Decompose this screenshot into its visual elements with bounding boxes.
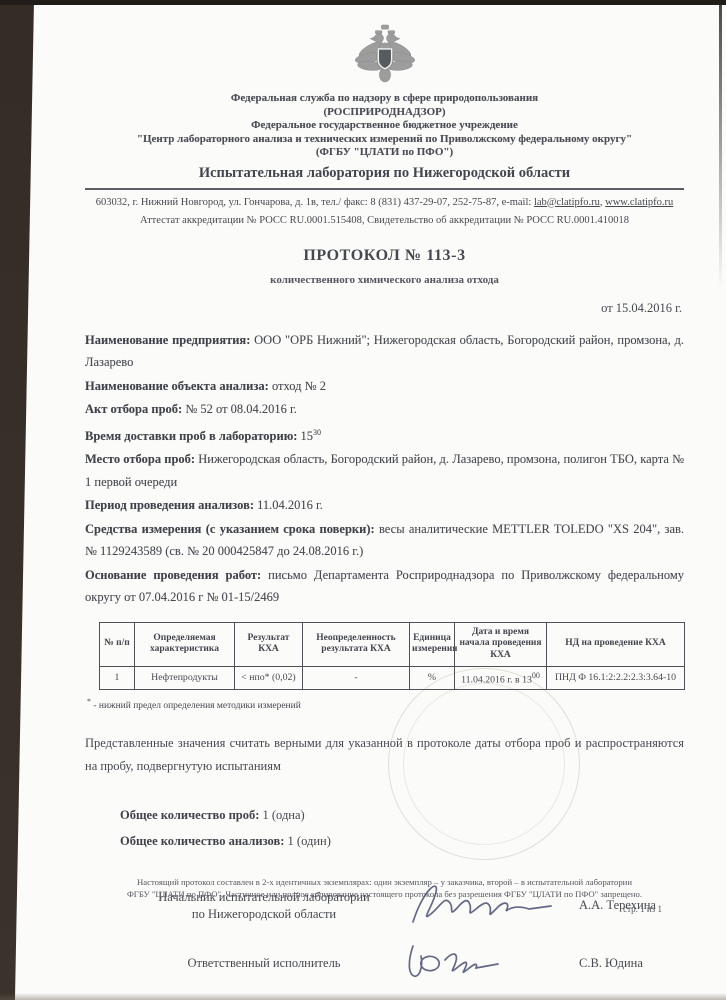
field-place: Место отбора проб: Нижегородская область…: [85, 448, 684, 493]
scan-edge-right: [719, 0, 722, 290]
protocol-date: от 15.04.2016 г.: [85, 301, 684, 316]
field-period-label: Период проведения анализов:: [85, 498, 254, 512]
footnote-text: - нижний предел определения методики изм…: [93, 701, 300, 711]
field-period-value: 11.04.2016 г.: [257, 498, 323, 512]
header-divider: [85, 188, 684, 190]
col-header-datetime: Дата и время начала проведения КХА: [455, 622, 547, 666]
field-instruments: Средства измерения (с указанием срока по…: [85, 518, 684, 563]
field-enterprise-label: Наименование предприятия:: [85, 333, 250, 347]
double-headed-eagle-icon: [354, 21, 416, 85]
total-samples-value: 1 (одна): [263, 808, 305, 822]
header-institution-type: Федеральное государственное бюджетное уч…: [85, 119, 684, 133]
footer-line2: ФГБУ "ЦЛАТИ по ПФО". Частичное или полно…: [85, 888, 684, 900]
field-act-label: Акт отбора проб:: [85, 402, 182, 416]
email-link[interactable]: lab@clatipfo.ru: [534, 197, 600, 208]
field-period: Период проведения анализов: 11.04.2016 г…: [85, 494, 684, 517]
header-institution-name: "Центр лабораторного анализа и техническ…: [85, 133, 684, 147]
cell-datetime-superscript: 00: [532, 671, 540, 680]
total-analyses-value: 1 (один): [288, 834, 331, 848]
contact-line: 603032, г. Нижний Новгород, ул. Гончаров…: [85, 197, 684, 208]
field-basis: Основание проведения работ: письмо Депар…: [85, 564, 684, 609]
field-delivery-label: Время доставки проб в лабораторию:: [85, 429, 297, 443]
cell-result: < нпо* (0,02): [235, 666, 303, 689]
field-object-label: Наименование объекта анализа:: [85, 379, 269, 393]
table-header-row: № п/п Определяемая характеристика Резуль…: [100, 622, 685, 666]
table-footnote: * - нижний предел определения методики и…: [87, 697, 684, 711]
scan-edge-top: [0, 0, 726, 5]
header-institution-abbr: (ФГБУ "ЦЛАТИ по ПФО"): [85, 146, 684, 160]
website-link[interactable]: www.clatipfo.ru: [605, 197, 673, 208]
totals-block: Общее количество проб: 1 (одна) Общее ко…: [120, 802, 684, 854]
accreditation-line: Аттестат аккредитации № РОСС RU.0001.515…: [85, 215, 684, 226]
field-delivery-time: Время доставки проб в лабораторию: 1530: [85, 422, 684, 448]
signatory-name: С.В. Юдина: [573, 956, 643, 971]
total-analyses: Общее количество анализов: 1 (один): [120, 828, 684, 854]
cell-unit: %: [410, 666, 455, 689]
cell-characteristic: Нефтепродукты: [135, 666, 235, 689]
total-samples-label: Общее количество проб:: [120, 808, 259, 822]
field-object-value: отход № 2: [272, 379, 326, 393]
document-page: Федеральная служба по надзору в сфере пр…: [85, 8, 684, 990]
field-place-label: Место отбора проб:: [85, 452, 195, 466]
signature-role-line1: Ответственный исполнитель: [133, 955, 395, 972]
col-header-nd: НД на проведение КХА: [547, 622, 685, 666]
field-delivery-superscript: 30: [313, 428, 321, 437]
page-number: стр. 1 из 1: [85, 903, 684, 915]
cell-datetime: 11.04.2016 г. в 1300: [455, 666, 547, 689]
col-header-unit: Единица измерения: [410, 622, 455, 666]
table-row: 1 Нефтепродукты < нпо* (0,02) - % 11.04.…: [100, 666, 685, 689]
col-header-result: Результат КХА: [235, 622, 303, 666]
validity-statement: Представленные значения считать верными …: [85, 732, 684, 778]
col-header-uncertainty: Неопределенность результата КХА: [303, 622, 410, 666]
footer-line1: Настоящий протокол составлен в 2-х идент…: [85, 876, 684, 888]
cell-datetime-text: 11.04.2016 г. в 13: [461, 674, 532, 685]
header-agency-abbr: (РОСПРИРОДНАДЗОР): [85, 106, 684, 120]
signature-row-executor: Ответственный исполнитель С.В. Юдина: [85, 938, 684, 990]
scan-edge-bottom: [0, 993, 726, 1000]
page-footer: Настоящий протокол составлен в 2-х идент…: [85, 876, 684, 915]
coat-of-arms-icon: [85, 21, 684, 90]
scan-edge-left: [0, 0, 34, 1000]
col-header-characteristic: Определяемая характеристика: [135, 622, 235, 666]
total-analyses-label: Общее количество анализов:: [120, 834, 284, 848]
contact-address: 603032, г. Нижний Новгород, ул. Гончаров…: [96, 197, 532, 208]
cell-nd: ПНД Ф 16.1:2:2.2:2.3:3.64-10: [547, 666, 685, 689]
col-header-num: № п/п: [100, 622, 135, 666]
field-act-value: № 52 от 08.04.2016 г.: [185, 402, 297, 416]
cell-num: 1: [100, 666, 135, 689]
header-agency: Федеральная служба по надзору в сфере пр…: [85, 92, 684, 106]
field-enterprise: Наименование предприятия: ООО "ОРБ Нижни…: [85, 329, 684, 374]
signature-scribble-icon: [399, 934, 549, 986]
field-instruments-label: Средства измерения (с указанием срока по…: [85, 522, 375, 536]
signature-yudina: [395, 938, 573, 990]
results-table-header: № п/п Определяемая характеристика Резуль…: [100, 622, 685, 666]
protocol-title: ПРОТОКОЛ № 113-3: [85, 247, 684, 265]
lab-name: Испытательная лаборатория по Нижегородск…: [85, 165, 684, 182]
field-act: Акт отбора проб: № 52 от 08.04.2016 г.: [85, 398, 684, 421]
protocol-subtitle: количественного химического анализа отхо…: [85, 274, 684, 286]
field-basis-label: Основание проведения работ:: [85, 568, 261, 582]
footnote-mark: *: [87, 697, 91, 706]
results-table: № п/п Определяемая характеристика Резуль…: [99, 622, 685, 690]
cell-uncertainty: -: [303, 666, 410, 689]
scanned-document: Федеральная служба по надзору в сфере пр…: [0, 0, 726, 1000]
field-object: Наименование объекта анализа: отход № 2: [85, 375, 684, 398]
total-samples: Общее количество проб: 1 (одна): [120, 802, 684, 828]
contact-separator: ,: [600, 197, 603, 208]
field-delivery-value: 15: [301, 429, 314, 443]
signature-role: Ответственный исполнитель: [133, 955, 395, 972]
protocol-body: Наименование предприятия: ООО "ОРБ Нижни…: [85, 329, 684, 609]
